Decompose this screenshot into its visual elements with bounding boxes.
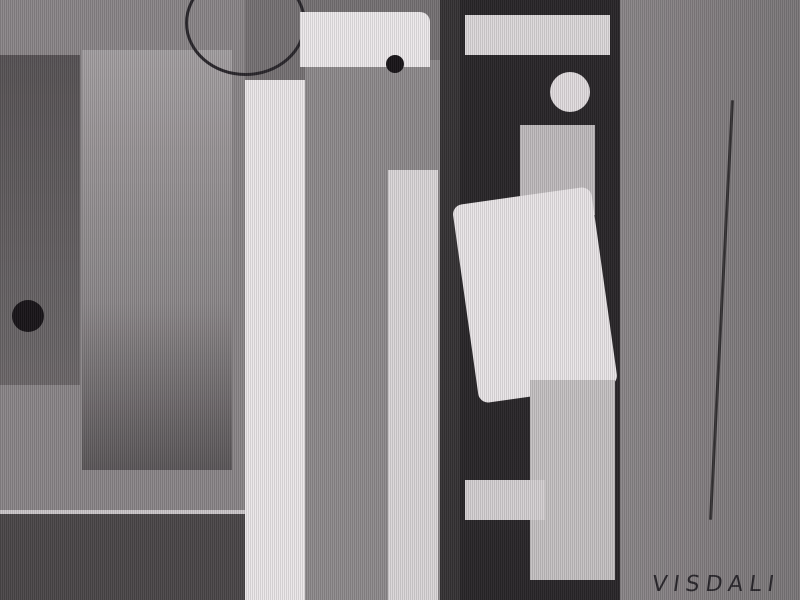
payphone-dial [550, 72, 590, 112]
hanging-paper-notice [452, 186, 618, 404]
graffiti-text: VISDALI [650, 572, 781, 597]
left-coin-hole [12, 300, 44, 332]
lower-shelf [465, 480, 545, 520]
top-sign-hole [386, 55, 404, 73]
right-top-shelf [465, 15, 610, 55]
middle-white-panel [245, 80, 310, 600]
middle-glass-strip [388, 170, 438, 600]
left-bottom-frame [0, 510, 245, 600]
divider-pole [440, 0, 460, 600]
left-glass-window [82, 50, 232, 470]
left-graffiti-area [0, 55, 80, 385]
top-sign-plate [300, 12, 430, 67]
photo-scene: VISDALI [0, 0, 800, 600]
